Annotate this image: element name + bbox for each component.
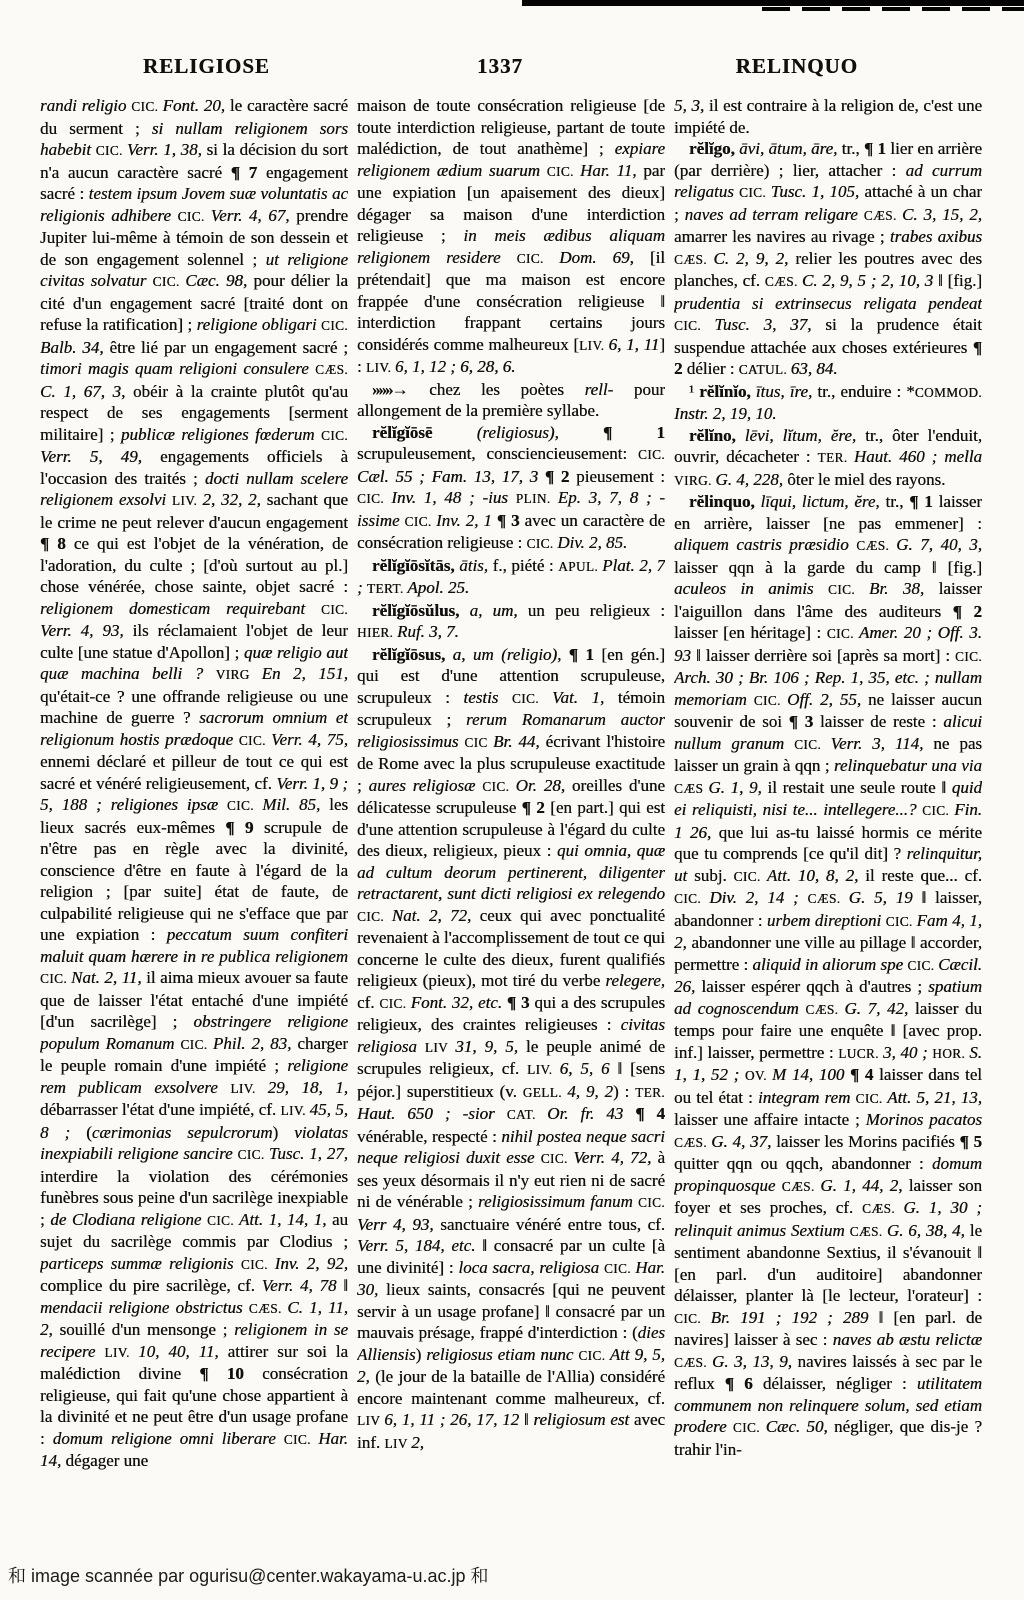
text-segment: amarrer les navires au rivage ;	[674, 227, 890, 246]
author-abbreviation: HIER.	[357, 625, 397, 640]
text-segment: scrupuleusement, consciencieusement:	[357, 444, 638, 463]
author-abbreviation: PLIN.	[516, 491, 558, 506]
dictionary-page: RELIGIOSE 1337 RELINQUO randi religio CI…	[0, 0, 1024, 1600]
latin-italic-text: 2, 32, 2,	[202, 490, 266, 509]
bold-text: ¶ 5	[960, 1132, 982, 1151]
text-segment: quitter qqn ou qqch, abandonner :	[674, 1154, 932, 1173]
text-segment: ‖	[343, 1276, 348, 1295]
text-segment: pieusement :	[576, 467, 665, 486]
author-abbreviation: LIV	[384, 1436, 411, 1451]
latin-italic-text: G. 7, 42,	[844, 999, 915, 1018]
latin-italic-text: Morinos pacatos	[866, 1110, 982, 1129]
entry-relinquo: rĕlinquo, līqui, lictum, ĕre, tr., ¶ 1 l…	[674, 491, 982, 1460]
latin-italic-text: Div. 2, 85.	[557, 533, 627, 552]
latin-italic-text: naves ab æstu relictæ	[833, 1330, 982, 1349]
latin-italic-text: Div. 2, 14 ;	[709, 888, 807, 907]
latin-italic-text: G. 4, 228,	[715, 470, 787, 489]
bold-text: ¶ 1	[569, 645, 602, 664]
latin-italic-text: Verr. 1, 38,	[127, 140, 207, 159]
text-segment: laisser [en héritage] :	[674, 623, 827, 642]
latin-italic-text: Tusc. 3, 37,	[714, 315, 825, 334]
latin-italic-text: Verr. 4, 72,	[573, 1148, 657, 1167]
bold-text: ¶ 4	[850, 1065, 879, 1084]
author-abbreviation: LIV.	[172, 493, 203, 508]
author-abbreviation: CIC	[464, 735, 493, 750]
latin-italic-text: relegere,	[605, 971, 665, 990]
author-abbreviation: CIC.	[237, 1147, 268, 1162]
bold-text: ¶ 2	[953, 602, 982, 621]
latin-italic-text: Dom. 69,	[559, 248, 650, 267]
bold-text: ¶ 3	[497, 511, 525, 530]
author-abbreviation: GELL.	[523, 1085, 568, 1100]
text-segment: ôter le miel des rayons.	[787, 470, 945, 489]
author-abbreviation: TERT.	[367, 581, 407, 596]
author-abbreviation: CIC.	[794, 737, 830, 752]
author-abbreviation: CIC.	[512, 691, 552, 706]
latin-italic-text: aculeos in animis	[674, 579, 828, 598]
latin-italic-text: Inv. 1, 48 ; -ius	[391, 488, 515, 507]
author-abbreviation: LIV.	[280, 1103, 309, 1118]
latin-italic-text: Nat. 2, 72,	[392, 906, 480, 925]
text-segment: f., piété :	[493, 556, 559, 575]
latin-italic-text: 3, 40 ;	[883, 1043, 932, 1062]
latin-italic-text: 6, 1, 11 ; 26, 17, 12	[384, 1410, 524, 1429]
text-columns: randi religio CIC. Font. 20, le caractèr…	[40, 95, 984, 1523]
text-segment: être lié par un engagement sacré ;	[109, 338, 348, 357]
text-segment: ¹	[689, 382, 699, 401]
latin-italic-text: Phil. 2, 83,	[213, 1034, 298, 1053]
bold-text: ¶ 3	[507, 993, 534, 1012]
latin-italic-text: religione obligari	[197, 315, 321, 334]
latin-italic-text: Verr. 3, 114,	[831, 734, 934, 753]
author-abbreviation: CIC.	[955, 649, 982, 664]
latin-italic-text: Inv. 2, 92,	[275, 1254, 348, 1273]
bold-text: rĕlinquo,	[689, 492, 760, 511]
text-segment: ‖	[524, 1410, 534, 1429]
author-abbreviation: HOR.	[932, 1046, 969, 1061]
bold-text: ¶ 10	[199, 1364, 262, 1383]
text-segment: )	[272, 1123, 294, 1142]
entry-religiose: rĕlĭgĭōsē (religiosus), ¶ 1 scrupuleusem…	[357, 422, 665, 555]
author-abbreviation: CÆS.	[249, 1301, 288, 1316]
text-segment: il est contraire à la religion de, c'est…	[674, 96, 982, 137]
text-segment: il restait une seule route ‖	[767, 778, 951, 797]
text-segment: ‖ [fig.]	[938, 271, 982, 290]
derivation-arrow-icon: »»»→	[372, 380, 429, 399]
latin-italic-text: 4, 9, 2	[567, 1082, 613, 1101]
text-segment: (le jour de la bataille de l'Allia) cons…	[357, 1367, 665, 1408]
scan-artifact-bar	[522, 0, 1024, 6]
latin-italic-text: Cæl. 55 ; Fam. 13, 17, 3	[357, 467, 545, 486]
latin-italic-text: Br. 44,	[493, 732, 546, 751]
column-middle: maison de toute consécration religieuse …	[357, 95, 665, 1523]
author-abbreviation: CÆS.	[805, 1002, 844, 1017]
author-abbreviation: CIC.	[578, 1348, 609, 1363]
text-segment: débarrasser l'état d'une impiété, cf.	[40, 1100, 280, 1119]
bold-text: ¶ 1	[909, 492, 938, 511]
latin-italic-text: particeps summæ religionis	[40, 1254, 241, 1273]
latin-italic-text: Verr. 5, 49,	[40, 447, 160, 466]
text-segment: complice du pire sacrilège, cf.	[40, 1276, 262, 1295]
author-abbreviation: CIC.	[321, 602, 348, 617]
latin-italic-text: G. 6, 38, 4,	[887, 1221, 970, 1240]
text-segment: dégager une	[66, 1451, 149, 1470]
latin-italic-text: Verr. 5, 184, etc.	[357, 1236, 482, 1255]
latin-italic-text: Or. 28,	[516, 776, 572, 795]
author-abbreviation: CIC.	[207, 1213, 239, 1228]
latin-italic-text: religiosus etiam nunc	[426, 1345, 578, 1364]
latin-italic-text: aliquid in aliorum spe	[752, 955, 907, 974]
author-abbreviation: LIV.	[527, 1062, 560, 1077]
text-segment: chez les poètes	[429, 380, 584, 399]
author-abbreviation: CIC.	[754, 693, 787, 708]
author-abbreviation: CAT.	[507, 1107, 547, 1122]
author-abbreviation: CIC.	[357, 909, 392, 924]
text-segment: ) :	[613, 1082, 635, 1101]
text-segment: laisser espérer qqch à d'autres ;	[701, 977, 928, 996]
latin-italic-text: Font. 20,	[163, 96, 230, 115]
bold-text: ¶ 2	[522, 798, 550, 817]
religiosus-continuation: 5, 3, il est contraire à la religion de,…	[674, 95, 982, 138]
latin-italic-text: ītus, īre,	[756, 382, 818, 401]
author-abbreviation: CIC.	[856, 1091, 888, 1106]
latin-italic-text: Verr. 4, 75,	[271, 730, 348, 749]
author-abbreviation: APUL.	[558, 559, 602, 574]
author-abbreviation: CIC.	[604, 1261, 635, 1276]
bold-text: ¶ 8	[40, 534, 74, 553]
text-segment: souillé d'un mensonge ;	[60, 1320, 235, 1339]
latin-italic-text: prudentia si extrinsecus religata pendea…	[674, 294, 982, 313]
author-abbreviation: CÆS.	[850, 1224, 887, 1239]
latin-italic-text: 6, 1, 12 ; 6, 28, 6.	[395, 357, 515, 376]
bold-text: rĕlĭgĭōsē	[372, 423, 477, 442]
latin-italic-text: Font. 32, etc.	[411, 993, 507, 1012]
author-abbreviation: CÆS.	[864, 208, 902, 223]
latin-italic-text: 29, 18, 1,	[268, 1078, 348, 1097]
latin-italic-text: randi religio	[40, 96, 131, 115]
latin-italic-text: Haut. 460 ; mella	[854, 447, 982, 466]
latin-italic-text: cærimonias sepulcrorum	[92, 1123, 273, 1142]
author-abbreviation: CIC.	[379, 996, 410, 1011]
author-abbreviation: CIC.	[638, 1195, 665, 1210]
author-abbreviation: CIC.	[239, 733, 271, 748]
text-segment: cf.	[357, 993, 379, 1012]
latin-italic-text: testis	[463, 688, 512, 707]
author-abbreviation: TER.	[817, 450, 853, 465]
latin-italic-text: religionem domesticam requirebant	[40, 599, 321, 618]
author-abbreviation: CIC.	[357, 491, 391, 506]
bold-text: ¶ 1	[603, 423, 665, 442]
latin-italic-text: relinquebatur una via	[834, 756, 982, 775]
author-abbreviation: CIC.	[180, 1037, 212, 1052]
author-abbreviation: CÆS.	[674, 1135, 711, 1150]
latin-italic-text: Att. 1, 14, 1,	[239, 1210, 332, 1229]
author-abbreviation: CIC.	[96, 143, 127, 158]
text-segment: )	[416, 1345, 427, 1364]
latin-italic-text: C. 2, 9, 2,	[713, 249, 795, 268]
latin-italic-text: rell-	[585, 380, 634, 399]
author-abbreviation: CIC.	[153, 274, 186, 289]
latin-italic-text: G. 1, 9,	[708, 778, 767, 797]
author-abbreviation: CIC.	[178, 209, 211, 224]
text-segment: ce qui est l'objet de la vénération, de …	[40, 534, 348, 596]
author-abbreviation: CIC.	[674, 891, 709, 906]
author-abbreviation: OV.	[745, 1068, 772, 1083]
author-abbreviation: LUCR.	[838, 1046, 883, 1061]
author-abbreviation: CIC.	[907, 958, 938, 973]
latin-italic-text: mendacii religione obstrictus	[40, 1298, 249, 1317]
author-abbreviation: CIC.	[321, 428, 348, 443]
author-abbreviation: CIC.	[131, 99, 162, 114]
bold-text: rĕlĭno,	[689, 426, 745, 445]
latin-italic-text: Nat. 2, 11,	[71, 968, 146, 987]
latin-italic-text: Att. 5, 21, 13,	[887, 1088, 982, 1107]
author-abbreviation: CIC.	[674, 318, 714, 333]
bold-text: ¶ 3	[789, 712, 820, 731]
author-abbreviation: CIC.	[541, 1151, 574, 1166]
latin-italic-text: C. 2, 9, 5 ; 2, 10, 3	[802, 271, 938, 290]
latin-italic-text: Inv. 2, 1	[436, 511, 497, 530]
author-abbreviation: CÆS.	[674, 1355, 712, 1370]
author-abbreviation: CIC.	[547, 164, 580, 179]
latin-italic-text: urbem direptioni	[767, 911, 886, 930]
running-head-right: RELINQUO	[736, 54, 858, 79]
scan-attribution: 和 image scannée par ogurisu@center.wakay…	[8, 1562, 489, 1588]
text-segment: laisser les Morins pacifiés	[776, 1132, 959, 1151]
latin-italic-text: domum religione omni liberare	[53, 1429, 284, 1448]
author-abbreviation: CIC.	[321, 318, 348, 333]
latin-italic-text: G. 4, 37,	[711, 1132, 776, 1151]
bold-text: rĕlĭgĭōsĭtās,	[372, 556, 459, 575]
text-segment: tr., enduire : *	[817, 382, 914, 401]
latin-italic-text: G. 3, 13, 9,	[712, 1352, 798, 1371]
latin-italic-text: G. 7, 40, 3,	[896, 535, 982, 554]
latin-italic-text: religiosum est	[533, 1410, 633, 1429]
latin-italic-text: ātis,	[459, 556, 492, 575]
author-abbreviation: LIV	[425, 1040, 455, 1055]
author-abbreviation: CÆS.	[674, 252, 713, 267]
bold-text: ¶ 7	[231, 163, 266, 182]
running-head: RELIGIOSE 1337 RELINQUO	[0, 54, 1024, 84]
column-right: 5, 3, il est contraire à la religion de,…	[674, 95, 982, 1523]
author-abbreviation: CÆS.	[315, 362, 348, 377]
latin-italic-text: loca sacra, religiosa	[458, 1258, 604, 1277]
bold-text: rĕlĭgĭōsŭlus,	[372, 601, 470, 620]
religio-continuation-2: maison de toute consécration religieuse …	[357, 95, 665, 379]
entry-religiositas: rĕlĭgĭōsĭtās, ātis, f., piété : APUL. Pl…	[357, 555, 665, 600]
latin-italic-text: āvi, ātum, āre,	[739, 139, 842, 158]
latin-italic-text: G. 1, 44, 2,	[820, 1176, 908, 1195]
latin-italic-text: Haut. 650 ; -sior	[357, 1104, 507, 1123]
text-segment: il reste que... cf.	[865, 866, 982, 885]
bold-text: rĕlĭnĭo,	[699, 382, 756, 401]
bold-text: ¶ 1	[864, 139, 890, 158]
author-abbreviation: LIV	[357, 1413, 384, 1428]
author-abbreviation: VIRG.	[674, 473, 715, 488]
latin-italic-text: publicæ religiones fœderum	[121, 425, 321, 444]
text-segment: délier :	[687, 359, 739, 378]
latin-italic-text: 2,	[411, 1433, 424, 1452]
text-segment: un peu religieux :	[528, 601, 665, 620]
author-abbreviation: VIRG	[216, 667, 262, 682]
bold-text: ¶ 2	[545, 467, 576, 486]
latin-italic-text: 10, 40, 11,	[138, 1342, 227, 1361]
author-abbreviation: CÆS.	[782, 1179, 821, 1194]
latin-italic-text: C. 3, 15, 2,	[902, 205, 982, 224]
author-abbreviation: CÆS.	[765, 274, 802, 289]
text-segment: tr.,	[842, 139, 864, 158]
author-abbreviation: CIC.	[405, 514, 436, 529]
author-abbreviation: CIC.	[40, 971, 71, 986]
latin-italic-text: Tusc. 1, 105,	[771, 182, 865, 201]
latin-italic-text: Mil. 85,	[262, 795, 329, 814]
author-abbreviation: CIC.	[886, 914, 917, 929]
bold-text: rĕlĭgĭōsus,	[372, 645, 453, 664]
latin-italic-text: Att. 10, 8, 2,	[767, 866, 865, 885]
latin-italic-text: religiosissimum fanum	[478, 1192, 638, 1211]
latin-italic-text: Off. 2, 55,	[787, 690, 868, 709]
text-segment: lieux saints, consacrés [qui ne peuvent …	[357, 1280, 665, 1342]
text-segment: laisser de reste :	[820, 712, 943, 731]
latin-italic-text: Instr. 2, 19, 10.	[674, 404, 776, 423]
latin-italic-text: timori magis quam religioni consulere	[40, 359, 315, 378]
latin-italic-text: Verr. 4, 78	[262, 1276, 344, 1295]
latin-italic-text: lēvi, lĭtum, ĕre,	[745, 426, 865, 445]
latin-italic-text: En 2, 151,	[262, 664, 348, 683]
author-abbreviation: LIV.	[104, 1345, 138, 1360]
religio-phonetic-note: »»»→ chez les poètes rell- pour allongem…	[357, 379, 665, 422]
author-abbreviation: LIV.	[366, 360, 395, 375]
column-left: randi religio CIC. Font. 20, le caractèr…	[40, 95, 348, 1523]
scan-artifact-dashes	[762, 7, 1024, 11]
latin-italic-text: de Clodiana religione	[50, 1210, 207, 1229]
text-segment: laisser une affaire intacte ;	[674, 1110, 866, 1129]
text-segment: tr.,	[885, 492, 909, 511]
text-segment: laisser qqn à la garde du camp ‖ [fig.]	[674, 558, 982, 577]
author-abbreviation: CÆS.	[807, 891, 848, 906]
entry-relino: rĕlĭno, lēvi, lĭtum, ĕre, tr., ôter l'en…	[674, 425, 982, 492]
latin-italic-text: Verr. 4, 93,	[40, 621, 133, 640]
latin-italic-text: līqui, lictum, ĕre,	[760, 492, 885, 511]
text-segment: délaisser, négliger :	[763, 1374, 917, 1393]
latin-italic-text: Verr. 4, 67,	[211, 206, 296, 225]
author-abbreviation: CATUL.	[739, 362, 791, 377]
latin-italic-text: Tusc. 1, 27,	[269, 1144, 348, 1163]
latin-italic-text: Verr 4, 93,	[357, 1215, 440, 1234]
text-segment: ‖ laisser derrière soi [après sa mort] :	[696, 646, 955, 665]
text-segment: vénérable, respecté :	[357, 1127, 501, 1146]
latin-italic-text: Vat. 1,	[552, 688, 618, 707]
latin-italic-text: 6, 5, 6	[560, 1059, 618, 1078]
entry-religiosulus: rĕlĭgĭōsŭlus, a, um, un peu religieux : …	[357, 600, 665, 644]
latin-italic-text: Br. 38,	[869, 579, 939, 598]
bold-text: ¶ 9	[225, 818, 264, 837]
bold-text: rĕlĭgo,	[689, 139, 739, 158]
latin-italic-text: Cæc. 50,	[766, 1417, 834, 1436]
latin-italic-text: Har. 11,	[580, 161, 643, 180]
latin-italic-text: M 14, 100	[772, 1065, 850, 1084]
author-abbreviation: CIC.	[227, 798, 262, 813]
text-segment: sanctuaire vénéré entre tous, cf.	[440, 1215, 665, 1234]
latin-italic-text: naves ad terram religare	[685, 205, 864, 224]
latin-italic-text: a, um (religio),	[453, 645, 569, 664]
latin-italic-text: integram rem	[758, 1088, 856, 1107]
text-segment: subj.	[694, 866, 733, 885]
author-abbreviation: CÆS	[674, 781, 708, 796]
author-abbreviation: CIC.	[827, 626, 859, 641]
latin-italic-text: 6, 1, 11	[609, 335, 660, 354]
latin-italic-text: 63, 84.	[791, 359, 838, 378]
author-abbreviation: CÆS.	[856, 538, 896, 553]
latin-italic-text: Or. fr. 43	[547, 1104, 635, 1123]
latin-italic-text: 31, 9, 5,	[455, 1037, 526, 1056]
author-abbreviation: LIV.	[230, 1081, 267, 1096]
author-abbreviation: CIC.	[638, 447, 665, 462]
author-abbreviation: CIC.	[828, 582, 869, 597]
latin-italic-text: trabes axibus	[890, 227, 982, 246]
latin-italic-text: aures religiosæ	[369, 776, 483, 795]
latin-italic-text: C. 1, 67, 3,	[40, 382, 133, 401]
latin-italic-text: aliquem castris præsidio	[674, 535, 856, 554]
latin-italic-text: Apol. 25.	[407, 578, 469, 597]
author-abbreviation: CIC.	[482, 779, 515, 794]
latin-italic-text: (religiosus),	[477, 423, 603, 442]
latin-italic-text: Ruf. 3, 7.	[397, 622, 459, 641]
latin-italic-text: 5, 3,	[674, 96, 709, 115]
author-abbreviation: CIC.	[284, 1432, 318, 1447]
author-abbreviation: CIC.	[922, 803, 954, 818]
author-abbreviation: CIC.	[733, 1420, 766, 1435]
latin-italic-text: Br. 191 ; 192 ; 289	[711, 1308, 879, 1327]
author-abbreviation: LIV.	[579, 338, 609, 353]
religio-continuation: randi religio CIC. Font. 20, le caractèr…	[40, 95, 348, 1472]
bold-text: ¶ 6	[725, 1374, 763, 1393]
author-abbreviation: CIC.	[241, 1257, 275, 1272]
latin-italic-text: Balb. 34,	[40, 338, 109, 357]
author-abbreviation: CIC.	[517, 251, 560, 266]
author-abbreviation: CIC.	[739, 185, 771, 200]
author-abbreviation: CÆS.	[862, 1201, 903, 1216]
entry-relinio: ¹ rĕlĭnĭo, ītus, īre, tr., enduire : *CO…	[674, 381, 982, 425]
latin-italic-text: Cæc. 98,	[185, 271, 253, 290]
author-abbreviation: CIC.	[526, 536, 557, 551]
latin-italic-text: a, um,	[470, 601, 528, 620]
author-abbreviation: TER.	[635, 1085, 665, 1100]
author-abbreviation: COMMOD.	[915, 385, 982, 400]
entry-religo: rĕlĭgo, āvi, ātum, āre, tr., ¶ 1 lier en…	[674, 138, 982, 381]
author-abbreviation: CIC.	[734, 869, 767, 884]
entry-religiosus: rĕlĭgĭōsus, a, um (religio), ¶ 1 [en gén…	[357, 644, 665, 1455]
author-abbreviation: CIC.	[674, 1311, 711, 1326]
bold-text: ¶ 4	[635, 1104, 665, 1123]
latin-italic-text: G. 5, 19	[849, 888, 922, 907]
